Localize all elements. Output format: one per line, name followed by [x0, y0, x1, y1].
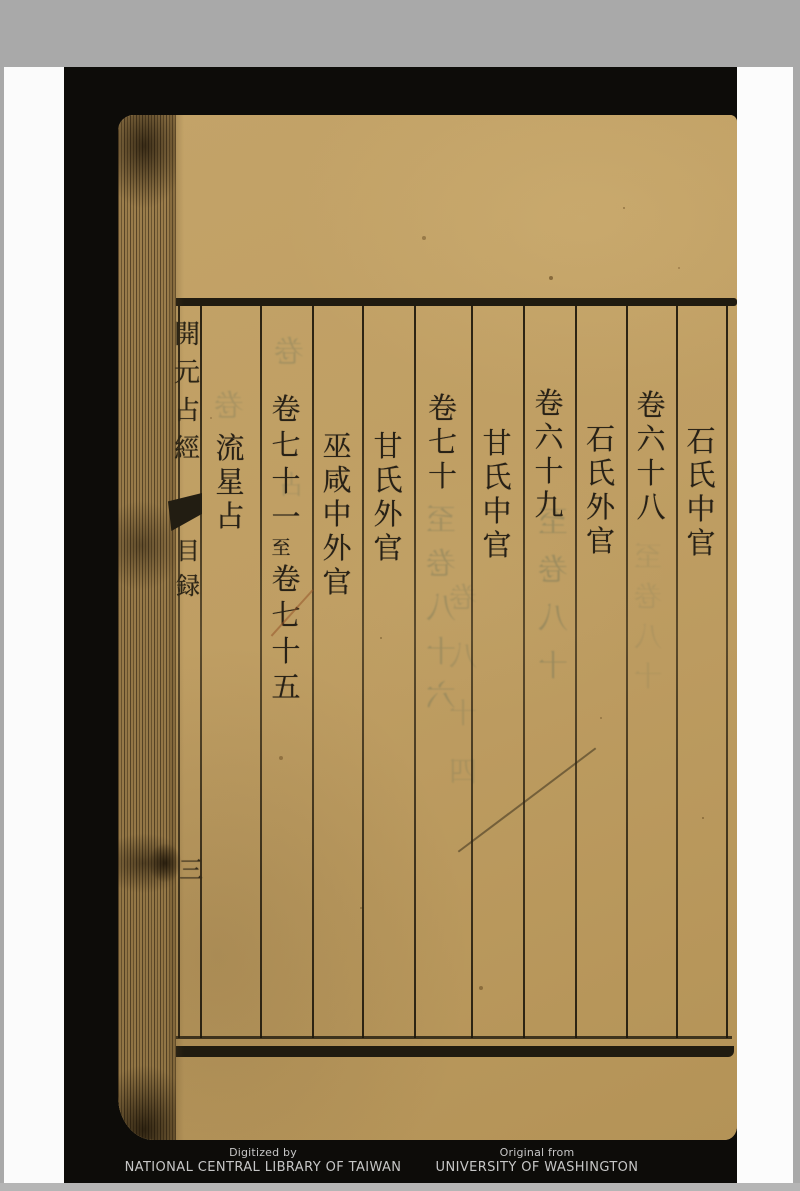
glyph: 官	[362, 529, 414, 563]
bleedthrough-text: 至卷八十	[634, 535, 662, 695]
frame-bottom-outer-rule	[118, 1046, 734, 1057]
glyph: 五	[260, 667, 312, 703]
glyph: 中	[471, 492, 523, 526]
glyph: 經	[174, 427, 200, 465]
glyph: 十	[414, 457, 471, 491]
glyph: 中	[676, 490, 726, 524]
scanned-page-viewer: 至卷八十至卷八十六卷八十四卷占卷至卷八十 石氏中官卷六十八石氏外官卷六十九甘氏中…	[0, 0, 800, 1191]
glyph: 氏	[575, 454, 626, 488]
frame-top-rule	[168, 298, 737, 306]
spine-shadow	[170, 115, 184, 1140]
ink-blot	[148, 843, 182, 883]
glyph: 十	[538, 639, 568, 687]
glyph: 官	[575, 522, 626, 556]
glyph: 巫	[312, 427, 362, 461]
column-rule-line	[362, 306, 364, 1038]
glyph: 石	[676, 422, 726, 456]
glyph: 氏	[362, 461, 414, 495]
glyph: 九	[523, 486, 575, 520]
watermark-original-org: UNIVERSITY OF WASHINGTON	[397, 1160, 677, 1175]
glyph: 六	[523, 418, 575, 452]
bleedthrough-text: 卷八十四	[448, 567, 478, 799]
glyph: 卷	[523, 384, 575, 418]
folio-number: 三	[178, 850, 204, 885]
toc-entry: 石氏中官	[676, 422, 726, 558]
watermark-original: Original from UNIVERSITY OF WASHINGTON	[397, 1146, 677, 1175]
scan-white-strip-left	[4, 67, 64, 1183]
toc-entry: 卷七十一至卷七十五	[260, 389, 312, 703]
glyph: 開	[174, 313, 200, 351]
glyph: 外	[575, 488, 626, 522]
toc-entry: 卷七十	[414, 389, 471, 491]
glyph: 氏	[676, 456, 726, 490]
column-rule-line	[575, 306, 577, 1038]
glyph: 官	[312, 563, 362, 597]
glyph: 十	[634, 655, 662, 695]
glyph: 八	[538, 591, 568, 639]
column-rule-line	[471, 306, 473, 1038]
glyph: 官	[471, 526, 523, 560]
glyph: 七	[260, 425, 312, 461]
glyph: 元	[174, 351, 200, 389]
section-label: 目録	[175, 531, 201, 601]
toc-entry: 流星占	[200, 429, 260, 531]
glyph: 外	[362, 495, 414, 529]
glyph: 七	[414, 423, 471, 457]
column-rule-line	[312, 306, 314, 1038]
glyph: 占	[174, 389, 200, 427]
toc-entry: 卷六十八	[626, 386, 676, 522]
toc-entry: 甘氏外官	[362, 427, 414, 563]
toc-entry: 石氏外官	[575, 420, 626, 556]
bleedthrough-text: 卷	[274, 331, 304, 367]
watermark-digitized: Digitized by NATIONAL CENTRAL LIBRARY OF…	[108, 1146, 418, 1175]
watermark-digitized-org: NATIONAL CENTRAL LIBRARY OF TAIWAN	[108, 1160, 418, 1175]
glyph: 十	[626, 454, 676, 488]
glyph: 目	[176, 531, 200, 566]
glyph: 七	[260, 595, 312, 631]
glyph: 氏	[471, 458, 523, 492]
glyph: 八	[626, 488, 676, 522]
glyph: 録	[176, 566, 200, 601]
bleedthrough-text: 卷	[214, 385, 244, 421]
glyph: 至	[255, 533, 312, 559]
column-rule-line	[726, 306, 728, 1038]
glyph: 卷	[538, 543, 568, 591]
scan-gray-band-bottom	[0, 1183, 800, 1191]
glyph: 卷	[260, 389, 312, 425]
glyph: 卷	[260, 559, 312, 595]
glyph: 卷	[214, 385, 244, 421]
glyph: 八	[634, 615, 662, 655]
book-page: 至卷八十至卷八十六卷八十四卷占卷至卷八十 石氏中官卷六十八石氏外官卷六十九甘氏中…	[118, 115, 737, 1140]
glyph: 一	[260, 497, 312, 533]
glyph: 官	[676, 524, 726, 558]
glyph: 占	[200, 497, 260, 531]
toc-entry: 甘氏中官	[471, 424, 523, 560]
glyph: 咸	[312, 461, 362, 495]
column-rule-line	[200, 306, 202, 1038]
glyph: 十	[260, 631, 312, 667]
glyph: 星	[200, 463, 260, 497]
glyph: 甘	[471, 424, 523, 458]
glyph: 十	[260, 461, 312, 497]
watermark-digitized-label: Digitized by	[108, 1146, 418, 1160]
glyph: 甘	[362, 427, 414, 461]
glyph: 卷	[626, 386, 676, 420]
glyph: 中	[312, 495, 362, 529]
glyph: 卷	[274, 331, 304, 367]
scan-white-strip-right	[737, 67, 793, 1183]
watermark-original-label: Original from	[397, 1146, 677, 1160]
glyph: 至	[634, 535, 662, 575]
glyph: 外	[312, 529, 362, 563]
book-title: 開元占經	[173, 313, 200, 465]
glyph: 石	[575, 420, 626, 454]
book-spine-edge	[118, 115, 176, 1140]
bleedthrough-text: 至卷八十	[538, 495, 568, 687]
glyph: 六	[626, 420, 676, 454]
column-rule-line	[676, 306, 678, 1038]
glyph: 至	[426, 495, 456, 539]
frame-bottom-inner-rule	[172, 1036, 732, 1039]
glyph: 十	[523, 452, 575, 486]
toc-entry: 巫咸中外官	[312, 427, 362, 597]
glyph: 卷	[634, 575, 662, 615]
toc-entry: 卷六十九	[523, 384, 575, 520]
glyph: 卷	[414, 389, 471, 423]
glyph: 流	[200, 429, 260, 463]
